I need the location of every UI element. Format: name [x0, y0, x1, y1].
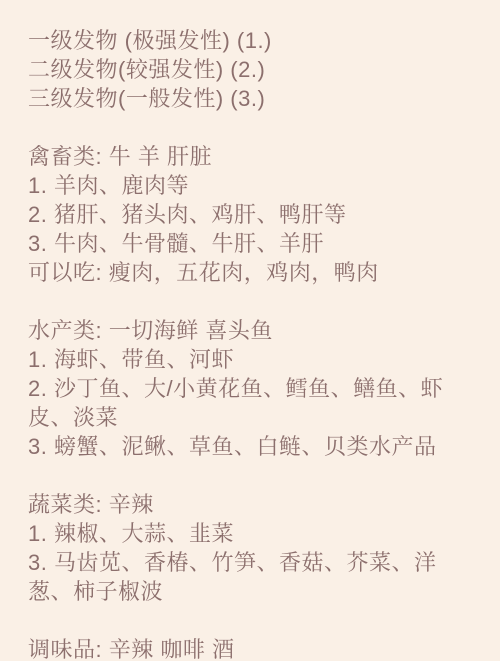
text-line: 调味品: 辛辣 咖啡 酒: [28, 635, 482, 661]
text-line: 皮、淡菜: [28, 403, 482, 432]
text-line: 一级发物 (极强发性) (1.): [28, 26, 482, 55]
text-line: 葱、柿子椒波: [28, 577, 482, 606]
text-line: 1. 羊肉、鹿肉等: [28, 171, 482, 200]
document-body: 一级发物 (极强发性) (1.)二级发物(较强发性) (2.)三级发物(一般发性…: [0, 0, 500, 661]
text-line: 可以吃: 瘦肉，五花肉，鸡肉，鸭肉: [28, 258, 482, 287]
text-line: 禽畜类: 牛 羊 肝脏: [28, 142, 482, 171]
text-line: 2. 猪肝、猪头肉、鸡肝、鸭肝等: [28, 200, 482, 229]
text-line: 蔬菜类: 辛辣: [28, 490, 482, 519]
text-line: 三级发物(一般发性) (3.): [28, 84, 482, 113]
text-line: 1. 海虾、带鱼、河虾: [28, 345, 482, 374]
section-livestock-category: 禽畜类: 牛 羊 肝脏1. 羊肉、鹿肉等2. 猪肝、猪头肉、鸡肝、鸭肝等3. 牛…: [28, 142, 482, 287]
food-taboo-list-page: 一级发物 (极强发性) (1.)二级发物(较强发性) (2.)三级发物(一般发性…: [0, 0, 500, 661]
text-line: 3. 螃蟹、泥鳅、草鱼、白鲢、贝类水产品: [28, 432, 482, 461]
text-line: 2. 沙丁鱼、大/小黄花鱼、鳕鱼、鳝鱼、虾: [28, 374, 482, 403]
section-grade-legend: 一级发物 (极强发性) (1.)二级发物(较强发性) (2.)三级发物(一般发性…: [28, 26, 482, 113]
text-line: 3. 马齿苋、香椿、竹笋、香菇、芥菜、洋: [28, 548, 482, 577]
text-line: 3. 牛肉、牛骨髓、牛肝、羊肝: [28, 229, 482, 258]
section-seafood-category: 水产类: 一切海鲜 喜头鱼1. 海虾、带鱼、河虾2. 沙丁鱼、大/小黄花鱼、鳕鱼…: [28, 316, 482, 461]
text-line: 二级发物(较强发性) (2.): [28, 55, 482, 84]
section-vegetable-category: 蔬菜类: 辛辣1. 辣椒、大蒜、韭菜3. 马齿苋、香椿、竹笋、香菇、芥菜、洋葱、…: [28, 490, 482, 606]
text-line: 1. 辣椒、大蒜、韭菜: [28, 519, 482, 548]
text-line: 水产类: 一切海鲜 喜头鱼: [28, 316, 482, 345]
section-seasoning-category: 调味品: 辛辣 咖啡 酒: [28, 635, 482, 661]
